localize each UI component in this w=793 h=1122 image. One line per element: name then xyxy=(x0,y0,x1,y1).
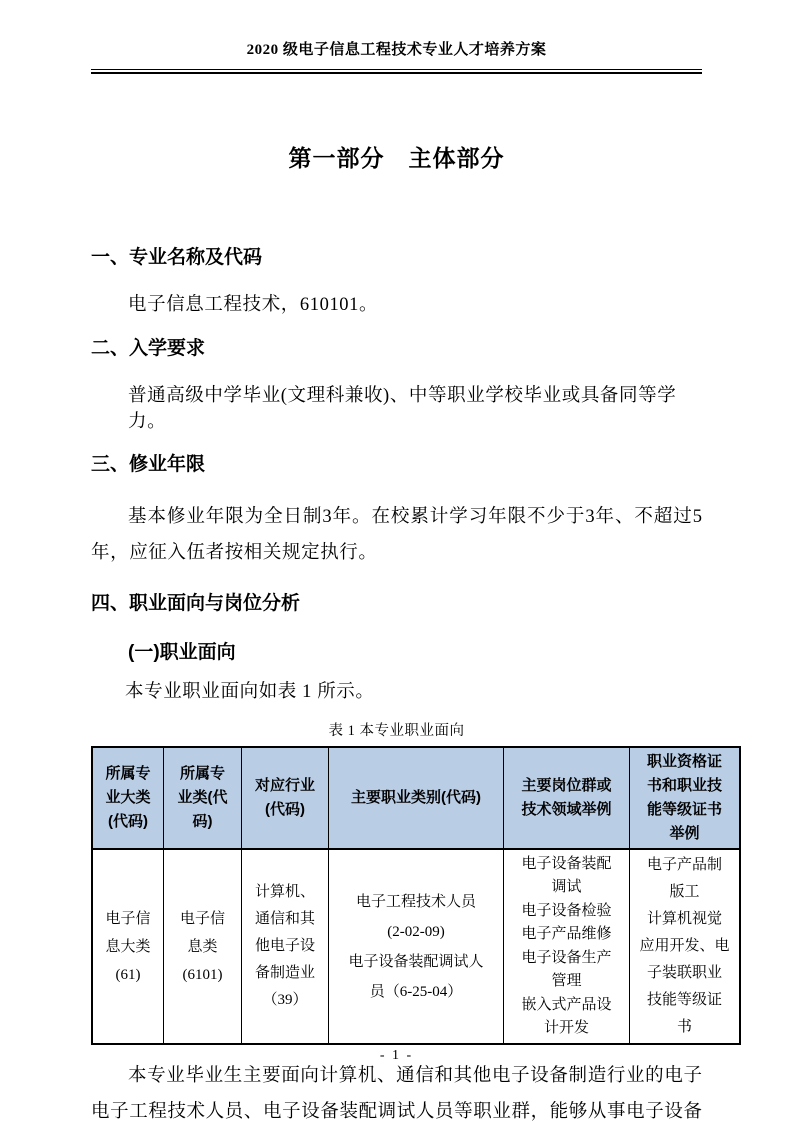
table-header-row: 所属专 业大类 (代码) 所属专 业类(代 码) 对应行业 (代码) 主要职业类… xyxy=(92,747,740,849)
table-header-major-class: 所属专 业类(代 码) xyxy=(164,747,242,849)
closing-paragraph-line-2: 电子工程技术人员、电子设备装配调试人员等职业群，能够从事电子设备 xyxy=(91,1094,702,1122)
section-2-body: 普通高级中学毕业(文理科兼收)、中等职业学校毕业或具备同等学力。 xyxy=(91,383,702,435)
section-4-sub-heading: (一)职业面向 xyxy=(91,637,702,664)
section-1-heading: 一、专业名称及代码 xyxy=(91,245,702,271)
table-header-industry: 对应行业 (代码) xyxy=(242,747,329,849)
running-header-title: 2020 级电子信息工程技术专业人才培养方案 xyxy=(0,40,793,60)
header-divider-rule xyxy=(91,69,702,74)
table-cell-job-group: 电子设备装配 调试 电子设备检验 电子产品维修 电子设备生产 管理 嵌入式产品设… xyxy=(504,849,630,1044)
occupation-table: 所属专 业大类 (代码) 所属专 业类(代 码) 对应行业 (代码) 主要职业类… xyxy=(91,746,741,1045)
running-header: 2020 级电子信息工程技术专业人才培养方案 xyxy=(0,0,793,74)
table-data-row: 电子信 息大类 (61) 电子信 息类 (6101) 计算机、 通信和其 他电子… xyxy=(92,849,740,1044)
table-caption: 表 1 本专业职业面向 xyxy=(91,719,702,740)
section-2-heading: 二、入学要求 xyxy=(91,336,702,362)
table-header-occupation-type: 主要职业类别(代码) xyxy=(329,747,504,849)
section-3-body: 基本修业年限为全日制3年。在校累计学习年限不少于3年、不超过5 年，应征入伍者按… xyxy=(91,499,702,571)
table-cell-major-class: 电子信 息类 (6101) xyxy=(164,849,242,1044)
section-1-body: 电子信息工程技术，610101。 xyxy=(91,292,702,318)
table-header-major-category: 所属专 业大类 (代码) xyxy=(92,747,164,849)
document-page: 2020 级电子信息工程技术专业人才培养方案 第一部分 主体部分 一、专业名称及… xyxy=(0,0,793,1122)
section-4-intro: 本专业职业面向如表 1 所示。 xyxy=(91,679,702,705)
document-title: 第一部分 主体部分 xyxy=(91,140,702,173)
table-cell-occupation-type: 电子工程技术人员 (2-02-09) 电子设备装配调试人 员（6-25-04） xyxy=(329,849,504,1044)
table-cell-major-category: 电子信 息大类 (61) xyxy=(92,849,164,1044)
table-cell-certificates: 电子产品制 版工 计算机视觉 应用开发、电 子装联职业 技能等级证 书 xyxy=(630,849,741,1044)
table-cell-industry: 计算机、 通信和其 他电子设 备制造业 （39） xyxy=(242,849,329,1044)
section-3-heading: 三、修业年限 xyxy=(91,452,702,478)
section-4-heading: 四、职业面向与岗位分析 xyxy=(91,591,702,617)
page-number: - 1 - xyxy=(0,1048,793,1064)
section-3-body-line-1: 基本修业年限为全日制3年。在校累计学习年限不少于3年、不超过5 xyxy=(91,499,702,535)
table-header-job-group: 主要岗位群或 技术领域举例 xyxy=(504,747,630,849)
closing-paragraph: 本专业毕业生主要面向计算机、通信和其他电子设备制造行业的电子 电子工程技术人员、… xyxy=(91,1058,702,1122)
table-header-certificates: 职业资格证 书和职业技 能等级证书 举例 xyxy=(630,747,741,849)
section-3-body-line-2: 年，应征入伍者按相关规定执行。 xyxy=(91,535,702,571)
